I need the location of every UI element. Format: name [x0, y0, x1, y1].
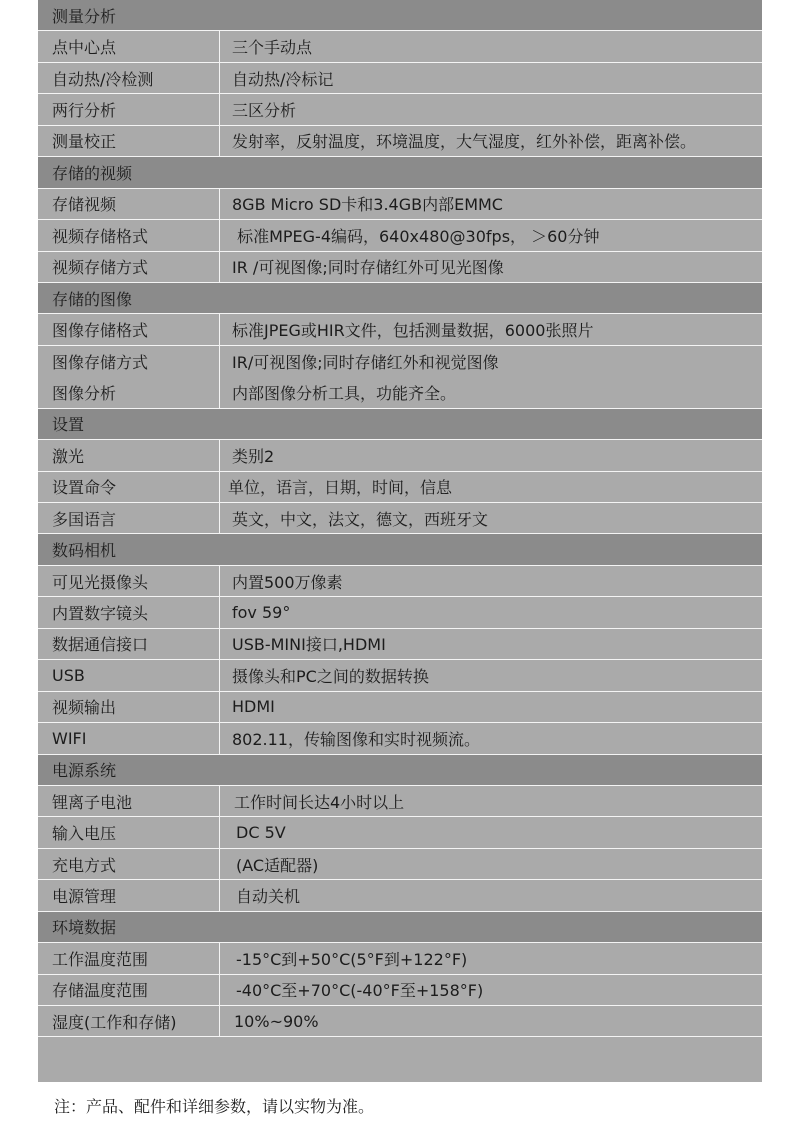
section-header: 数码相机: [38, 534, 762, 565]
spec-label: 存储视频: [38, 189, 220, 219]
section-title: 环境数据: [38, 915, 116, 938]
section-title: 存储的视频: [38, 161, 132, 184]
section-header: 存储的视频: [38, 157, 762, 188]
section-title: 设置: [38, 412, 84, 435]
table-row: 图像存储格式 标准JPEG或HIR文件，包括测量数据，6000张照片: [38, 314, 762, 345]
spec-value: -15°C到+50°C(5°F到+122°F): [220, 943, 762, 973]
spec-label: 数据通信接口: [38, 629, 220, 659]
table-row: 视频存储格式 标准MPEG-4编码，640x480@30fps， ＞60分钟: [38, 220, 762, 251]
spec-label: 图像分析: [38, 377, 220, 407]
table-row: 湿度(工作和存储) 10%~90%: [38, 1006, 762, 1037]
spec-value: 标准JPEG或HIR文件，包括测量数据，6000张照片: [220, 314, 762, 344]
table-row: 自动热/冷检测 自动热/冷标记: [38, 63, 762, 94]
spec-label: 点中心点: [38, 31, 220, 61]
spec-value: 内置500万像素: [220, 566, 762, 596]
spec-label: 激光: [38, 440, 220, 470]
spec-label: 湿度(工作和存储): [38, 1006, 220, 1036]
spec-value: (AC适配器): [220, 849, 762, 879]
spec-label: 锂离子电池: [38, 786, 220, 816]
disclaimer-note: 注：产品、配件和详细参数，请以实物为准。: [54, 1094, 374, 1117]
spec-label: 设置命令: [38, 472, 220, 502]
table-row: 可见光摄像头 内置500万像素: [38, 566, 762, 597]
spec-value: 英文，中文，法文，德文，西班牙文: [220, 503, 762, 533]
spec-label: 工作温度范围: [38, 943, 220, 973]
table-row: WIFI 802.11，传输图像和实时视频流。: [38, 723, 762, 754]
table-row: 视频存储方式 IR /可视图像;同时存储红外可见光图像: [38, 252, 762, 283]
spec-table: 测量分析 点中心点 三个手动点 自动热/冷检测 自动热/冷标记 两行分析 三区分…: [38, 0, 762, 1082]
table-row: 图像存储方式 IR/可视图像;同时存储红外和视觉图像: [38, 346, 762, 377]
spec-value: DC 5V: [220, 817, 762, 847]
table-row: 充电方式 (AC适配器): [38, 849, 762, 880]
section-title: 电源系统: [38, 758, 116, 781]
table-row: 多国语言 英文，中文，法文，德文，西班牙文: [38, 503, 762, 534]
spec-value: IR /可视图像;同时存储红外可见光图像: [220, 252, 762, 282]
section-header: 电源系统: [38, 755, 762, 786]
section-header: 环境数据: [38, 912, 762, 943]
table-row: 视频输出 HDMI: [38, 692, 762, 723]
spec-value: fov 59°: [220, 597, 762, 627]
section-title: 存储的图像: [38, 287, 132, 310]
table-row: 输入电压 DC 5V: [38, 817, 762, 848]
spec-label: 多国语言: [38, 503, 220, 533]
table-row: 设置命令 单位，语言，日期，时间，信息: [38, 472, 762, 503]
spec-label: 内置数字镜头: [38, 597, 220, 627]
spec-value: 工作时间长达4小时以上: [220, 786, 762, 816]
spec-value: 标准MPEG-4编码，640x480@30fps， ＞60分钟: [220, 220, 762, 250]
spec-value: -40°C至+70°C(-40°F至+158°F): [220, 975, 762, 1005]
spec-value: 三个手动点: [220, 31, 762, 61]
spec-label: 充电方式: [38, 849, 220, 879]
spec-label: USB: [38, 660, 220, 690]
section-header: 设置: [38, 409, 762, 440]
table-row: 内置数字镜头 fov 59°: [38, 597, 762, 628]
table-row: 两行分析 三区分析: [38, 94, 762, 125]
table-row: 测量校正 发射率，反射温度，环境温度，大气湿度，红外补偿，距离补偿。: [38, 126, 762, 157]
section-title: 数码相机: [38, 538, 116, 561]
spec-value: 类别2: [220, 440, 762, 470]
spec-label: 存储温度范围: [38, 975, 220, 1005]
spec-value: 自动热/冷标记: [220, 63, 762, 93]
table-row: 锂离子电池 工作时间长达4小时以上: [38, 786, 762, 817]
table-row: 激光 类别2: [38, 440, 762, 471]
table-row: 图像分析 内部图像分析工具，功能齐全。: [38, 377, 762, 408]
spec-label: 图像存储方式: [38, 346, 220, 377]
spec-label: 电源管理: [38, 880, 220, 910]
spec-label: 输入电压: [38, 817, 220, 847]
table-row: 点中心点 三个手动点: [38, 31, 762, 62]
spec-label: 自动热/冷检测: [38, 63, 220, 93]
spec-value: 发射率，反射温度，环境温度，大气湿度，红外补偿，距离补偿。: [220, 126, 762, 156]
spec-label: 测量校正: [38, 126, 220, 156]
spec-label: 图像存储格式: [38, 314, 220, 344]
spec-label: 两行分析: [38, 94, 220, 124]
table-row: 电源管理 自动关机: [38, 880, 762, 911]
spec-label: 视频输出: [38, 692, 220, 722]
spec-label: 视频存储格式: [38, 220, 220, 250]
section-header: 存储的图像: [38, 283, 762, 314]
spec-value: 摄像头和PC之间的数据转换: [220, 660, 762, 690]
table-row: 数据通信接口 USB-MINI接口,HDMI: [38, 629, 762, 660]
table-row: 工作温度范围 -15°C到+50°C(5°F到+122°F): [38, 943, 762, 974]
spec-value: USB-MINI接口,HDMI: [220, 629, 762, 659]
table-row: 存储视频 8GB Micro SD卡和3.4GB内部EMMC: [38, 189, 762, 220]
spec-value: HDMI: [220, 692, 762, 722]
section-header: 测量分析: [38, 0, 762, 31]
spec-value: 三区分析: [220, 94, 762, 124]
spec-value: 自动关机: [220, 880, 762, 910]
spec-label: 可见光摄像头: [38, 566, 220, 596]
spec-value: 8GB Micro SD卡和3.4GB内部EMMC: [220, 189, 762, 219]
table-row: 存储温度范围 -40°C至+70°C(-40°F至+158°F): [38, 975, 762, 1006]
spec-value: 内部图像分析工具，功能齐全。: [220, 377, 762, 407]
spec-label: 视频存储方式: [38, 252, 220, 282]
table-footer-filler: [38, 1037, 762, 1082]
spec-value: 10%~90%: [220, 1006, 762, 1036]
table-row: USB 摄像头和PC之间的数据转换: [38, 660, 762, 691]
spec-value: 单位，语言，日期，时间，信息: [220, 472, 762, 502]
spec-value: 802.11，传输图像和实时视频流。: [220, 723, 762, 753]
spec-label: WIFI: [38, 723, 220, 753]
spec-value: IR/可视图像;同时存储红外和视觉图像: [220, 346, 762, 377]
section-title: 测量分析: [38, 4, 116, 27]
